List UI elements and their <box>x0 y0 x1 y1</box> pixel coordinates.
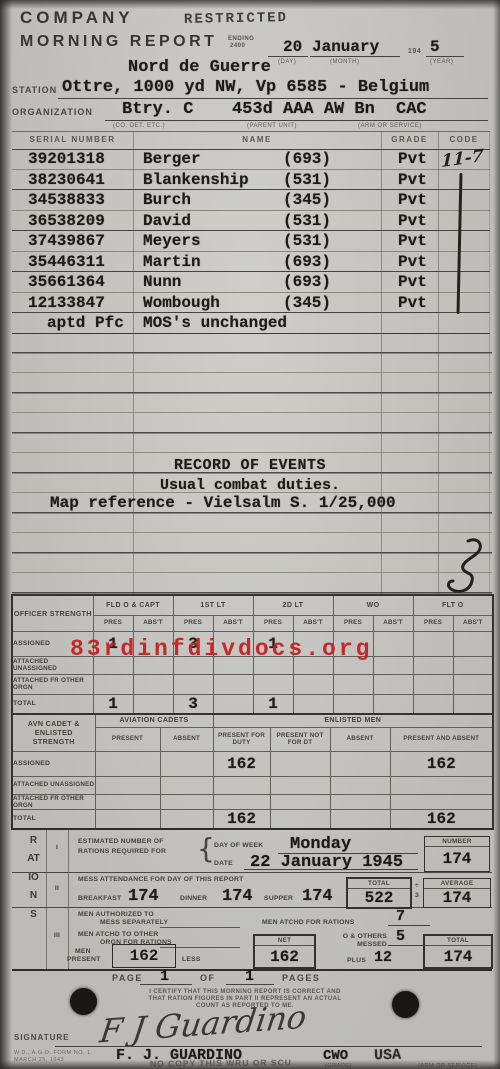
group-1st-lt: 1ST LT <box>173 595 253 615</box>
table-row: 38230641 Blankenship (531) Pvt <box>12 169 490 191</box>
group-aviation-cadets: AVIATION CADETS <box>95 714 213 727</box>
row-label-attached-fr: ATTACHED FR OTHER ORGN <box>12 794 95 809</box>
subheader-abst: ABS'T <box>293 615 333 631</box>
group-enlisted-men: ENLISTED MEN <box>213 714 493 727</box>
number-label: NUMBER <box>425 837 489 847</box>
scan-edge-left <box>0 0 12 1069</box>
enlisted-attached-fr-row: ATTACHED FR OTHER ORGN <box>12 794 493 809</box>
divide-by: 3 <box>411 892 423 899</box>
soldier-name: Nunn <box>143 273 181 291</box>
row-label-attached-unassigned: ATTACHED UNASSIGNED <box>12 776 95 794</box>
dinner-value: 174 <box>222 888 253 905</box>
soldier-mos: (693) <box>283 150 331 168</box>
code-column-header: CODE <box>438 135 490 144</box>
site-watermark: 83rdinfdivdocs.org <box>70 636 372 662</box>
ending-time: 2400 <box>230 43 245 49</box>
rations-divider <box>68 830 69 969</box>
rations-divider <box>46 830 47 969</box>
auth-mess-label2: MESS SEPARATELY <box>100 919 168 926</box>
organization-underline <box>105 120 488 121</box>
pages-number: 1 <box>245 969 254 984</box>
auth-underline <box>160 927 240 928</box>
soldier-grade: Pvt <box>398 150 427 168</box>
parent-caption: (PARENT UNIT) <box>247 123 297 129</box>
signature-label: SIGNATURE <box>14 1033 70 1042</box>
branch-caption: (ARM OR SERVICE) <box>358 123 422 129</box>
soldier-serial: 12133847 <box>28 294 105 312</box>
organization-parent: 453d AAA AW Bn <box>232 101 375 118</box>
subheader-abst: ABS'T <box>453 615 493 631</box>
men-present-box: 162 <box>112 944 176 968</box>
others-messed-value: 5 <box>396 929 405 944</box>
subheader-present: PRESENT <box>95 727 160 751</box>
remark-note: MOS's unchanged <box>143 314 287 332</box>
soldier-serial: 34538833 <box>28 191 105 209</box>
number-box: NUMBER 174 <box>424 836 490 872</box>
rations-section-divider <box>12 907 492 908</box>
scan-edge-right <box>493 0 500 1069</box>
atchd-other-label1: MEN ATCHD TO OTHER <box>78 931 159 938</box>
punch-hole-right <box>392 991 419 1018</box>
subheader-pres: PRES <box>173 615 213 631</box>
enlisted-strength-table: AVN CADET & ENLISTED STRENGTH AVIATION C… <box>11 713 494 830</box>
soldier-serial: 35661364 <box>28 273 105 291</box>
plus-value: 12 <box>374 950 392 965</box>
plus-label: PLUS <box>347 957 366 964</box>
enlisted-strength-corner: AVN CADET & ENLISTED STRENGTH <box>12 714 95 751</box>
table-row: 36538209 David (531) Pvt <box>12 210 490 232</box>
station-underline <box>58 98 488 99</box>
rations-total-value: 174 <box>425 946 491 967</box>
soldier-serial: 37439867 <box>28 232 105 250</box>
pages-label: PAGES <box>282 973 320 983</box>
events-entry1-text: Usual combat duties. <box>160 477 340 494</box>
average-label: AVERAGE <box>424 879 490 889</box>
soldier-name: Berger <box>143 150 201 168</box>
row-label-total: TOTAL <box>12 694 93 714</box>
report-year: 5 <box>430 39 440 55</box>
form-number-line1: W.D., A.G.O. FORM NO. 1 <box>14 1050 91 1056</box>
record-of-events-title: RECORD OF EVENTS <box>100 456 400 474</box>
mess-total-value: 522 <box>348 889 410 907</box>
soldier-grade: Pvt <box>398 232 427 250</box>
table-row: 37439867 Meyers (531) Pvt <box>12 230 490 252</box>
day-underline <box>268 56 308 57</box>
punch-hole-left <box>70 988 97 1015</box>
soldier-grade: Pvt <box>398 212 427 230</box>
page-label: PAGE <box>112 973 143 983</box>
subheader-present-for-duty: PRESENT FOR DUTY <box>213 727 270 751</box>
soldier-grade: Pvt <box>398 273 427 291</box>
certification-line1: I CERTIFY THAT THIS MORNING REPORT IS CO… <box>95 989 395 995</box>
soldier-serial: 35446311 <box>28 253 105 271</box>
column-divider <box>438 131 439 594</box>
organization-label: ORGANIZATION <box>12 107 93 117</box>
station-value: Ottre, 1000 yd NW, Vp 6585 - Belgium <box>62 79 429 96</box>
soldier-name: Martin <box>143 253 201 271</box>
men-present-label2: PRESENT <box>67 956 101 963</box>
soldier-name: David <box>143 212 191 230</box>
soldier-serial: 38230641 <box>28 171 105 189</box>
rations-section-divider <box>12 872 492 873</box>
soldier-name: Blankenship <box>143 171 249 189</box>
restricted-stamp: RESTRICTED <box>184 10 288 28</box>
rations-vertical-label: RATIONS <box>27 832 40 924</box>
rations-numeral-1: I <box>50 844 64 851</box>
soldier-mos: (531) <box>283 212 331 230</box>
soldier-name: Meyers <box>143 232 201 250</box>
unit-caption: (CO. DET. ETC.) <box>113 123 165 129</box>
year-prefix: 194 <box>408 48 421 55</box>
subheader-abst: ABS'T <box>133 615 173 631</box>
divide-sign: ÷ <box>411 882 423 889</box>
month-caption: (MONTH) <box>330 59 360 65</box>
auth-mess-label1: MEN AUTHORIZED TO <box>78 911 154 918</box>
form-number-line2: MARCH 25, 1943 <box>14 1057 64 1063</box>
day-of-week-label: DAY OF WEEK <box>214 842 263 849</box>
ending-label: ENDING <box>228 36 254 42</box>
soldier-mos: (531) <box>283 171 331 189</box>
subheader-abst: ABS'T <box>213 615 253 631</box>
table-row: 12133847 Wombough (345) Pvt <box>12 292 490 314</box>
soldier-mos: (693) <box>283 253 331 271</box>
subheader-pres: PRES <box>333 615 373 631</box>
ration-date-label: DATE <box>214 860 233 867</box>
rations-total-label: TOTAL <box>425 936 491 946</box>
month-underline <box>310 56 400 57</box>
grade-column-header: GRADE <box>381 135 438 144</box>
brace-glyph: { <box>197 832 215 865</box>
form-title-line1: COMPANY <box>20 8 134 28</box>
handwritten-flourish <box>428 538 490 596</box>
officer-strength-corner: OFFICER STRENGTH <box>12 595 93 631</box>
rations-numeral-2: II <box>50 885 64 892</box>
subheader-absent: ABSENT <box>160 727 213 751</box>
officer-attached-fr-row: ATTACHED FR OTHER ORGN <box>12 674 493 694</box>
atchd-for-rations-label: MEN ATCHD FOR RATIONS <box>262 919 354 926</box>
breakfast-value: 174 <box>128 888 159 905</box>
pages-underline <box>226 984 274 985</box>
enlisted-total-row: TOTAL 162 162 <box>12 809 493 829</box>
wru-stamp: NO COPY THIS WRU OR SCU <box>150 1057 292 1068</box>
rations-est-label2: RATIONS REQUIRED FOR <box>78 848 166 855</box>
group-2d-lt: 2D LT <box>253 595 333 615</box>
day-caption: (DAY) <box>278 59 296 65</box>
soldier-grade: Pvt <box>398 253 427 271</box>
group-fld-capt: FLD O & CAPT <box>93 595 173 615</box>
subheader-pres: PRES <box>93 615 133 631</box>
column-divider <box>133 131 134 594</box>
supper-value: 174 <box>302 888 333 905</box>
group-wo: WO <box>333 595 413 615</box>
report-month: January <box>312 39 379 55</box>
day-of-week-value: Monday <box>290 836 351 853</box>
average-box: AVERAGE 174 <box>423 878 491 908</box>
page-number: 1 <box>160 969 169 984</box>
rations-numeral-3: III <box>49 932 65 939</box>
date-underline <box>244 869 418 870</box>
subheader-pres: PRES <box>253 615 293 631</box>
group-flt-o: FLT O <box>413 595 493 615</box>
row-label-attached-fr: ATTACHED FR OTHER ORGN <box>12 674 93 694</box>
soldier-mos: (345) <box>283 191 331 209</box>
others-label1: O & OTHERS <box>330 933 387 940</box>
service-caption: (ARM OR SERVICE) <box>418 1063 477 1069</box>
enlisted-attached-unassigned-row: ATTACHED UNASSIGNED <box>12 776 493 794</box>
soldier-grade: Pvt <box>398 191 427 209</box>
rations-total-box: TOTAL 174 <box>423 934 493 969</box>
events-title-text: RECORD OF EVENTS <box>174 457 326 474</box>
grade-caption: (GRADE) <box>325 1063 352 1069</box>
men-present-label1: MEN <box>75 948 91 955</box>
year-underline <box>426 56 464 57</box>
organization-unit: Btry. C <box>122 101 193 118</box>
events-entry-1: Usual combat duties. <box>100 476 400 494</box>
enlisted-assigned-row: ASSIGNED 162 162 <box>12 751 493 776</box>
soldier-name: Wombough <box>143 294 220 312</box>
report-day: 20 <box>283 39 302 55</box>
events-entry-2: Map reference - Vielsalm S. 1/25,000 <box>50 495 396 511</box>
mess-attendance-title: MESS ATTENDANCE FOR DAY OF THIS REPORT <box>78 876 243 883</box>
less-label: LESS <box>182 956 201 963</box>
breakfast-label: BREAKFAST <box>78 895 121 902</box>
subheader-present-not-for-duty: PRESENT NOT FOR DT <box>270 727 330 751</box>
mess-total-label: TOTAL <box>348 879 410 889</box>
net-box: NET 162 <box>253 934 316 969</box>
table-row: 35661364 Nunn (693) Pvt <box>12 271 490 293</box>
subheader-absent-enlisted: ABSENT <box>330 727 390 751</box>
morning-report-document: COMPANY RESTRICTED MORNING REPORT ENDING… <box>0 0 500 1069</box>
row-label-assigned: ASSIGNED <box>12 751 95 776</box>
station-label: STATION <box>12 85 57 95</box>
number-value: 174 <box>425 847 489 871</box>
atchd-for-rations-value: 7 <box>396 909 405 924</box>
subheader-present-and-absent: PRESENT AND ABSENT <box>390 727 493 751</box>
name-column-header: NAME <box>133 135 381 144</box>
rations-section: RATIONS I II III ESTIMATED NUMBER OF RAT… <box>12 828 492 971</box>
of-label: OF <box>200 973 216 983</box>
organization-branch: CAC <box>396 101 427 118</box>
men-present-value: 162 <box>130 947 159 965</box>
soldier-grade: Pvt <box>398 171 427 189</box>
soldier-grade: Pvt <box>398 294 427 312</box>
subheader-pres: PRES <box>413 615 453 631</box>
row-label-total: TOTAL <box>12 809 95 829</box>
supper-label: SUPPER <box>264 895 293 902</box>
grade-value: CWO <box>323 1049 348 1063</box>
column-divider <box>381 131 382 594</box>
remark-action: aptd Pfc <box>47 314 124 332</box>
mess-total-box: TOTAL 522 <box>346 877 412 909</box>
net-value: 162 <box>255 946 314 967</box>
soldier-serial: 39201318 <box>28 150 105 168</box>
soldier-mos: (693) <box>283 273 331 291</box>
others-label2: MESSED <box>330 941 387 948</box>
soldier-mos: (531) <box>283 232 331 250</box>
service-stamp: USA <box>374 1048 401 1063</box>
average-value: 174 <box>424 889 490 907</box>
table-row: 34538833 Burch (345) Pvt <box>12 189 490 211</box>
soldier-serial: 36538209 <box>28 212 105 230</box>
dinner-label: DINNER <box>180 895 207 902</box>
page-underline <box>140 984 192 985</box>
serial-column-header: SERIAL NUMBER <box>12 135 133 144</box>
grid-zone-note: Nord de Guerre <box>128 59 271 76</box>
table-row: 35446311 Martin (693) Pvt <box>12 251 490 273</box>
soldier-name: Burch <box>143 191 191 209</box>
year-caption: (YEAR) <box>430 59 453 65</box>
soldier-mos: (345) <box>283 294 331 312</box>
officer-total-row: TOTAL 1 3 1 <box>12 694 493 714</box>
table-row: 39201318 Berger (693) Pvt <box>12 148 490 170</box>
net-label: NET <box>255 936 314 946</box>
subheader-abst: ABS'T <box>373 615 413 631</box>
column-divider <box>489 131 490 594</box>
atchd-underline <box>388 925 430 926</box>
roster-remark-row: aptd Pfc MOS's unchanged <box>12 312 490 334</box>
rations-est-label1: ESTIMATED NUMBER OF <box>78 838 164 845</box>
form-title-line2: MORNING REPORT <box>20 33 217 51</box>
